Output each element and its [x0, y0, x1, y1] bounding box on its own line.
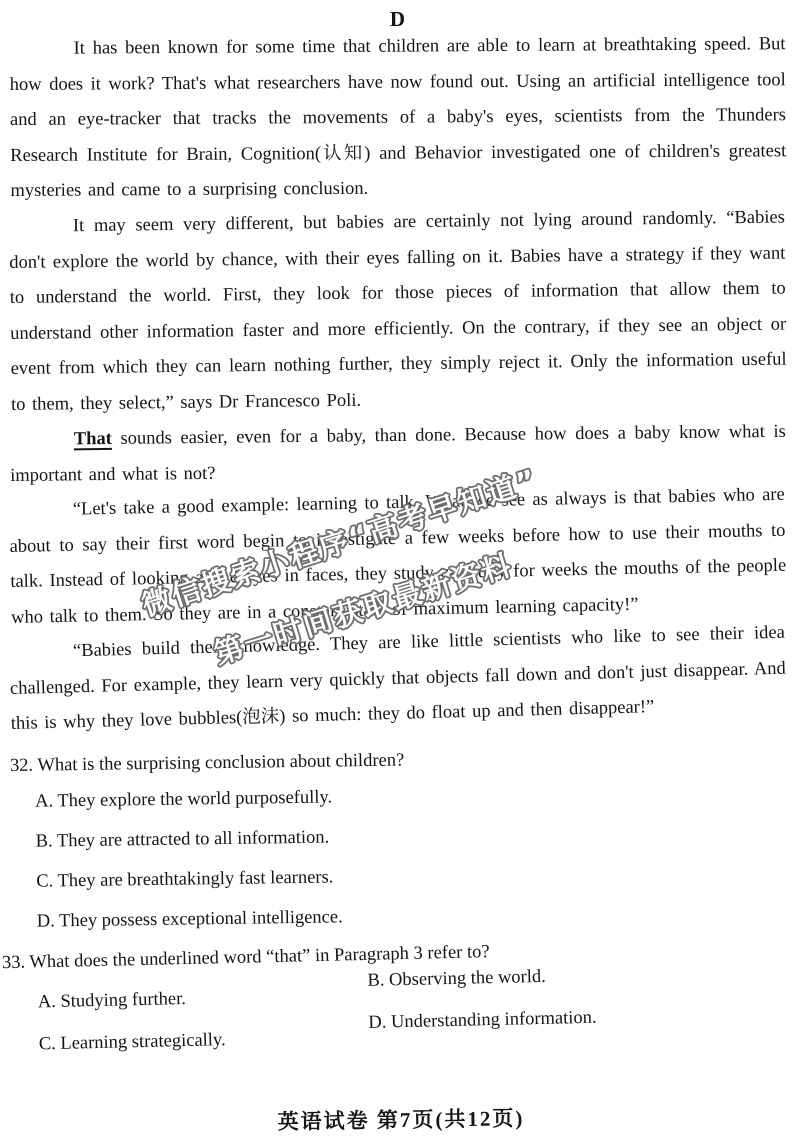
underlined-word-that: That — [74, 428, 112, 448]
question-32-number: 32. — [10, 756, 33, 776]
question-32: 32. What is the surprising conclusion ab… — [10, 748, 786, 939]
question-33-option-c: C. Learning strategically. — [38, 1020, 369, 1061]
exam-page: D It has been known for some time that c… — [0, 0, 802, 1142]
question-33-options: A. Studying further. B. Observing the wo… — [10, 968, 788, 1070]
question-32-options: A. They explore the world purposefully. … — [9, 774, 787, 939]
question-32-option-c: C. They are breathtakingly fast learners… — [36, 854, 786, 898]
passage-paragraph-1: It has been known for some time that chi… — [9, 27, 786, 209]
question-32-option-b: B. They are attracted to all information… — [35, 814, 785, 858]
question-32-text: What is the surprising conclusion about … — [37, 750, 404, 775]
passage-paragraph-5: “Babies build their knowledge. They are … — [9, 615, 788, 742]
page-footer: 英语试卷 第7页(共12页) — [0, 1098, 802, 1141]
question-33: 33. What does the underlined word “that”… — [9, 927, 788, 1070]
question-33-number: 33. — [2, 953, 26, 974]
question-33-option-a: A. Studying further. — [38, 978, 369, 1019]
question-33-option-d: D. Understanding information. — [368, 996, 787, 1039]
passage-paragraph-4: “Let's take a good example: learning to … — [9, 477, 788, 635]
passage-paragraph-2: It may seem very different, but babies a… — [9, 200, 788, 422]
paragraph-3-rest: sounds easier, even for a baby, than don… — [10, 421, 786, 485]
